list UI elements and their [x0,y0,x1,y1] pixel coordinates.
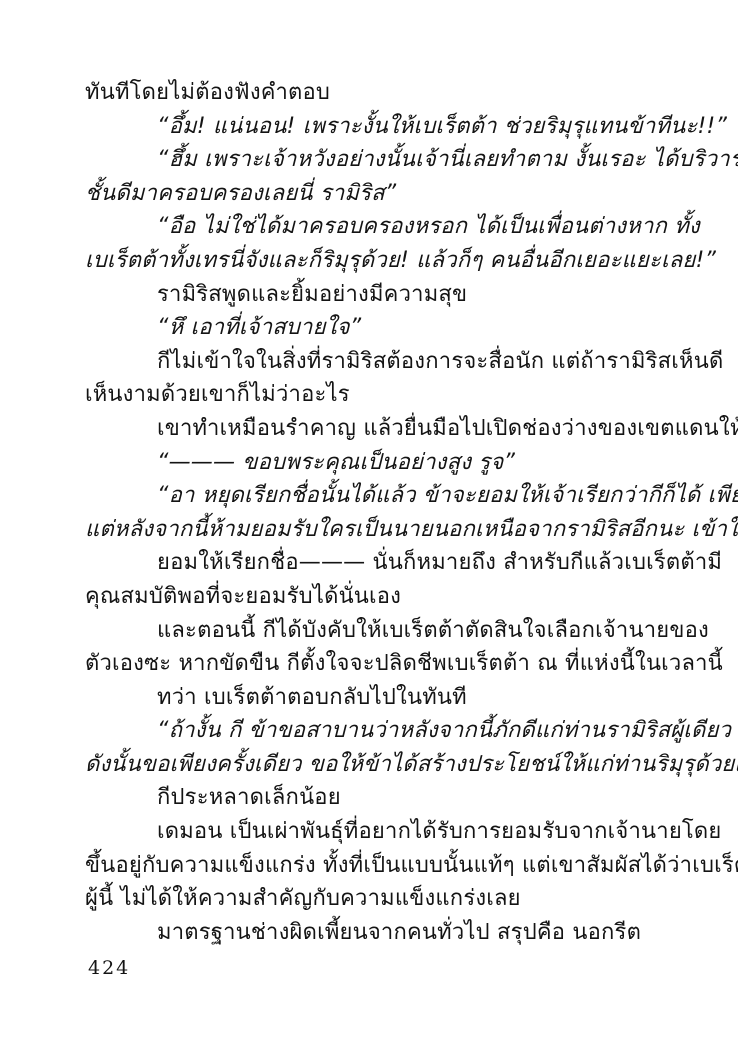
text-line: “อึ้ม! แน่นอน! เพราะงั้นให้เบเร็ตต้า ช่ว… [85,110,660,144]
text-line: ทว่า เบเร็ตต้าตอบกลับไปในทันที [85,681,660,715]
text-line: ทันทีโดยไม่ต้องฟังคำตอบ [85,76,660,110]
page-number: 424 [88,957,130,979]
text-line: เบเร็ตต้าทั้งเทรนี่จังและก็ริมุรุด้วย! แ… [85,244,660,278]
text-line: “หึ เอาที่เจ้าสบายใจ” [85,311,660,345]
text-line: “ถ้างั้น กี ข้าขอสาบานว่าหลังจากนี้ภักดี… [85,714,660,748]
text-line: กีประหลาดเล็กน้อย [85,781,660,815]
text-line: “อือ ไม่ใช่ได้มาครอบครองหรอก ได้เป็นเพื่… [85,210,660,244]
text-line: มาตรฐานช่างผิดเพี้ยนจากคนทั่วไป สรุปคือ … [85,916,660,950]
text-line: ยอมให้เรียกชื่อ——— นั่นก็หมายถึง สำหรับก… [85,546,660,580]
text-line: ขึ้นอยู่กับความแข็งแกร่ง ทั้งที่เป็นแบบน… [85,849,660,883]
text-line: เห็นงามด้วยเขาก็ไม่ว่าอะไร [85,378,660,412]
text-line: ดังนั้นขอเพียงครั้งเดียว ขอให้ข้าได้สร้า… [85,748,660,782]
book-page: ทันทีโดยไม่ต้องฟังคำตอบ“อึ้ม! แน่นอน! เพ… [0,0,738,1051]
text-line: คุณสมบัติพอที่จะยอมรับได้นั่นเอง [85,580,660,614]
text-line: ชั้นดีมาครอบครองเลยนี่ รามิริส” [85,177,660,211]
text-line: ตัวเองซะ หากขัดขืน กีตั้งใจจะปลิดชีพเบเร… [85,647,660,681]
text-line: เขาทำเหมือนรำคาญ แล้วยื่นมือไปเปิดช่องว่… [85,412,660,446]
text-line: และตอนนี้ กีได้บังคับให้เบเร็ตต้าตัดสินใ… [85,614,660,648]
text-line: “อา หยุดเรียกชื่อนั้นได้แล้ว ข้าจะยอมให้… [85,479,660,513]
text-block: ทันทีโดยไม่ต้องฟังคำตอบ“อึ้ม! แน่นอน! เพ… [85,76,660,949]
text-line: รามิริสพูดและยิ้มอย่างมีความสุข [85,278,660,312]
text-line: “——— ขอบพระคุณเป็นอย่างสูง รูจ” [85,446,660,480]
text-line: กีไม่เข้าใจในสิ่งที่รามิริสต้องการจะสื่อ… [85,345,660,379]
text-line: แต่หลังจากนี้ห้ามยอมรับใครเป็นนายนอกเหนื… [85,513,660,547]
text-line: “ฮึ้ม เพราะเจ้าหวังอย่างนั้นเจ้านี่เลยทำ… [85,143,660,177]
text-line: ผู้นี้ ไม่ได้ให้ความสำคัญกับความแข็งแกร่… [85,882,660,916]
text-line: เดมอน เป็นเผ่าพันธุ์ที่อยากได้รับการยอมร… [85,815,660,849]
